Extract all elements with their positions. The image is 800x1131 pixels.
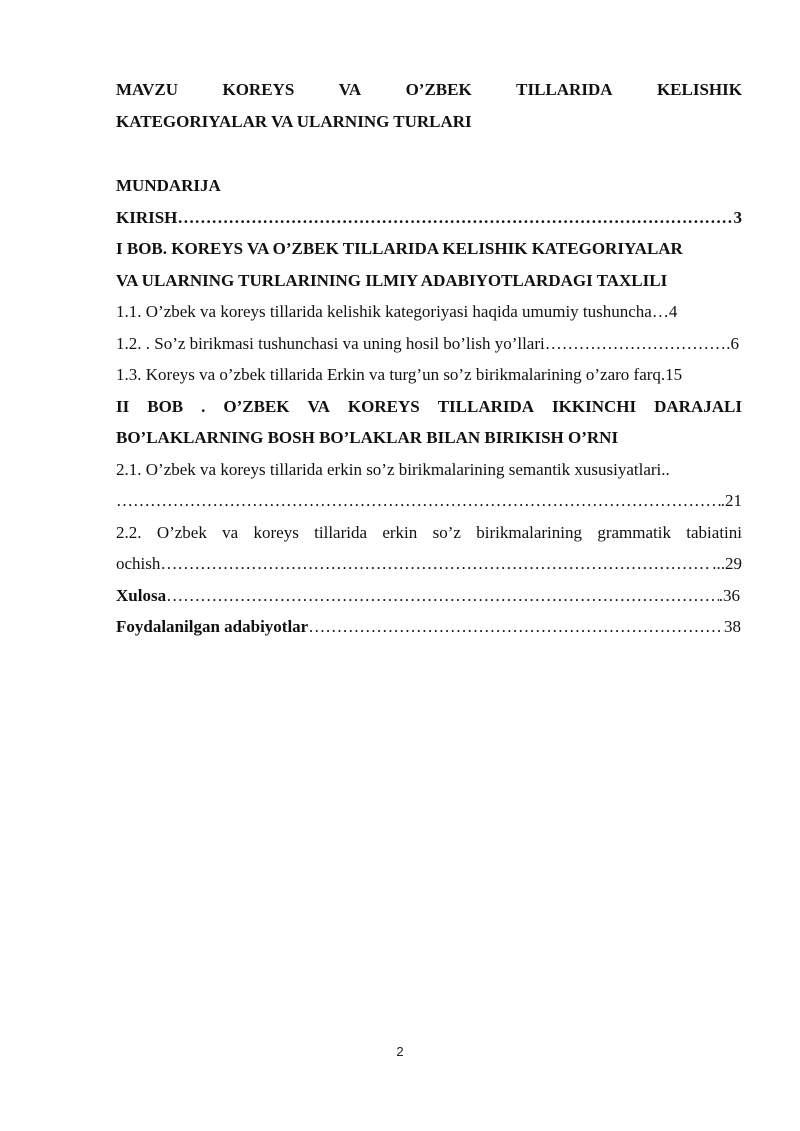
toc-chapter-2-line-1[interactable]: II BOB . O’ZBEK VA KOREYS TILLARIDA IKKI… bbox=[116, 391, 742, 423]
title-word: KELISHIK bbox=[657, 74, 742, 106]
document-page: MAVZU KOREYS VA O’ZBEK TILLARIDA KELISHI… bbox=[116, 74, 742, 643]
entry-word: va bbox=[222, 517, 238, 549]
toc-entry-page: .21 bbox=[721, 485, 742, 517]
chapter-word: DARAJALI bbox=[654, 391, 742, 423]
toc-entry-conclusion[interactable]: Xulosa .36 bbox=[116, 580, 740, 612]
entry-word: O’zbek bbox=[157, 517, 207, 549]
toc-entry-page: .36 bbox=[719, 580, 740, 612]
spacer bbox=[116, 137, 742, 170]
toc-entry-label: ochish bbox=[116, 548, 160, 580]
chapter-word: . bbox=[201, 391, 205, 423]
toc-heading: MUNDARIJA bbox=[116, 170, 742, 202]
toc-entry-kirish[interactable]: KIRISH 3 bbox=[116, 202, 742, 234]
title-word: TILLARIDA bbox=[516, 74, 612, 106]
title-word: O’ZBEK bbox=[406, 74, 472, 106]
leader-dots bbox=[166, 580, 719, 612]
leader-dots bbox=[177, 202, 733, 234]
entry-word: tabiatini bbox=[686, 517, 742, 549]
page-number: 2 bbox=[0, 1044, 800, 1059]
title-line-2: KATEGORIYALAR VA ULARNING TURLARI bbox=[116, 106, 742, 138]
toc-entry-references[interactable]: Foydalanilgan adabiyotlar 38 bbox=[116, 611, 741, 643]
toc-chapter-1-line-1[interactable]: I BOB. KOREYS VA O’ZBEK TILLARIDA KELISH… bbox=[116, 233, 742, 265]
toc-chapter-1-line-2[interactable]: VA ULARNING TURLARINING ILMIY ADABIYOTLA… bbox=[116, 265, 742, 297]
leader-dots bbox=[160, 548, 712, 580]
entry-word: koreys bbox=[254, 517, 299, 549]
entry-word: so’z bbox=[433, 517, 461, 549]
toc-entry-label: KIRISH bbox=[116, 202, 177, 234]
toc-entry-page: 4 bbox=[669, 296, 678, 328]
toc-entry-2-2-line-1[interactable]: 2.2. O’zbek va koreys tillarida erkin so… bbox=[116, 517, 742, 549]
toc-chapter-2-line-2[interactable]: BO’LAKLARNING BOSH BO’LAKLAR BILAN BIRIK… bbox=[116, 422, 742, 454]
entry-word: birikmalarining bbox=[476, 517, 582, 549]
toc-entry-page: 3 bbox=[734, 202, 743, 234]
entry-word: grammatik bbox=[597, 517, 671, 549]
chapter-word: KOREYS bbox=[348, 391, 420, 423]
toc-entry-2-2-line-2[interactable]: ochish ...29 bbox=[116, 548, 742, 580]
title-word: MAVZU bbox=[116, 74, 178, 106]
toc-entry-page: 38 bbox=[724, 611, 741, 643]
entry-word: 2.2. bbox=[116, 517, 142, 549]
title-word: KOREYS bbox=[222, 74, 294, 106]
entry-word: erkin bbox=[382, 517, 417, 549]
chapter-word: TILLARIDA bbox=[438, 391, 534, 423]
leader-dots bbox=[116, 485, 721, 517]
title-line-1: MAVZU KOREYS VA O’ZBEK TILLARIDA KELISHI… bbox=[116, 74, 742, 106]
leader-dots bbox=[545, 328, 727, 360]
toc-entry-2-1-page-line[interactable]: .21 bbox=[116, 485, 742, 517]
chapter-word: IKKINCHI bbox=[552, 391, 636, 423]
leader-dots bbox=[308, 611, 724, 643]
toc-entry-label: 1.1. O’zbek va koreys tillarida kelishik… bbox=[116, 296, 669, 328]
toc-entry-1-3[interactable]: 1.3. Koreys va o’zbek tillarida Erkin va… bbox=[116, 359, 742, 391]
toc-entry-page: .6 bbox=[726, 328, 739, 360]
chapter-word: VA bbox=[308, 391, 330, 423]
toc-entry-label: 1.2. . So’z birikmasi tushunchasi va uni… bbox=[116, 328, 545, 360]
toc-entry-label: Xulosa bbox=[116, 580, 166, 612]
toc-entry-1-2[interactable]: 1.2. . So’z birikmasi tushunchasi va uni… bbox=[116, 328, 739, 360]
entry-word: tillarida bbox=[314, 517, 367, 549]
toc-entry-1-1[interactable]: 1.1. O’zbek va koreys tillarida kelishik… bbox=[116, 296, 742, 328]
toc-entry-2-1-label[interactable]: 2.1. O’zbek va koreys tillarida erkin so… bbox=[116, 454, 742, 486]
chapter-word: BOB bbox=[147, 391, 183, 423]
chapter-word: II bbox=[116, 391, 129, 423]
chapter-word: O’ZBEK bbox=[223, 391, 289, 423]
title-word: VA bbox=[339, 74, 361, 106]
toc-entry-label: Foydalanilgan adabiyotlar bbox=[116, 611, 308, 643]
toc-entry-page: ...29 bbox=[712, 548, 742, 580]
